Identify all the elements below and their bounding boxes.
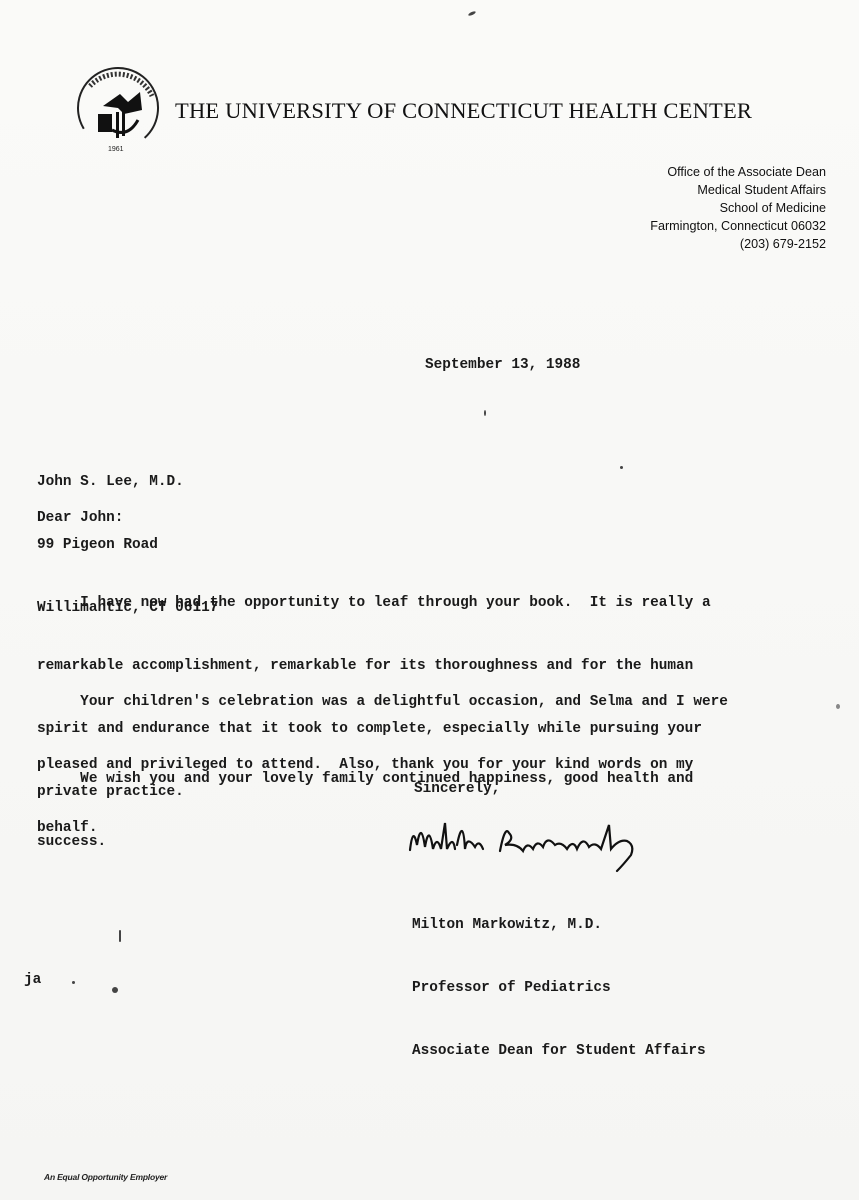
paragraph-line: We wish you and your lovely family conti… — [37, 769, 693, 790]
letter-page: 1961 THE UNIVERSITY OF CONNECTICUT HEALT… — [0, 0, 859, 1200]
scan-speck — [119, 930, 121, 942]
scan-speck — [72, 981, 75, 984]
office-line: Medical Student Affairs — [650, 181, 826, 199]
scan-speck — [620, 466, 623, 469]
handwritten-signature-icon — [405, 805, 685, 875]
scan-speck — [484, 410, 486, 416]
svg-text:1961: 1961 — [108, 146, 124, 153]
paragraph-line: I have now had the opportunity to leaf t… — [37, 593, 711, 614]
office-phone: (203) 679-2152 — [650, 235, 826, 253]
footer-text: An Equal Opportunity Employer — [44, 1172, 167, 1182]
university-seal-icon: 1961 — [68, 58, 168, 158]
scan-speck — [468, 10, 477, 16]
office-line: Office of the Associate Dean — [650, 163, 826, 181]
signer-title: Professor of Pediatrics — [412, 978, 706, 999]
signer-name: Milton Markowitz, M.D. — [412, 915, 706, 936]
typist-initials: ja — [24, 972, 41, 988]
paragraph-line: Your children's celebration was a deligh… — [37, 692, 728, 713]
salutation: Dear John: — [37, 510, 123, 526]
scan-speck — [112, 987, 118, 993]
office-address: Office of the Associate Dean Medical Stu… — [650, 163, 826, 253]
office-line: School of Medicine — [650, 199, 826, 217]
scan-speck — [836, 704, 840, 709]
signature-block: Milton Markowitz, M.D. Professor of Pedi… — [412, 873, 706, 1104]
office-line: Farmington, Connecticut 06032 — [650, 217, 826, 235]
recipient-name: John S. Lee, M.D. — [37, 472, 218, 493]
signer-position: Associate Dean for Student Affairs — [412, 1041, 706, 1062]
institution-name: THE UNIVERSITY OF CONNECTICUT HEALTH CEN… — [175, 98, 752, 124]
letter-date: September 13, 1988 — [425, 357, 580, 373]
closing: Sincerely, — [414, 781, 500, 797]
